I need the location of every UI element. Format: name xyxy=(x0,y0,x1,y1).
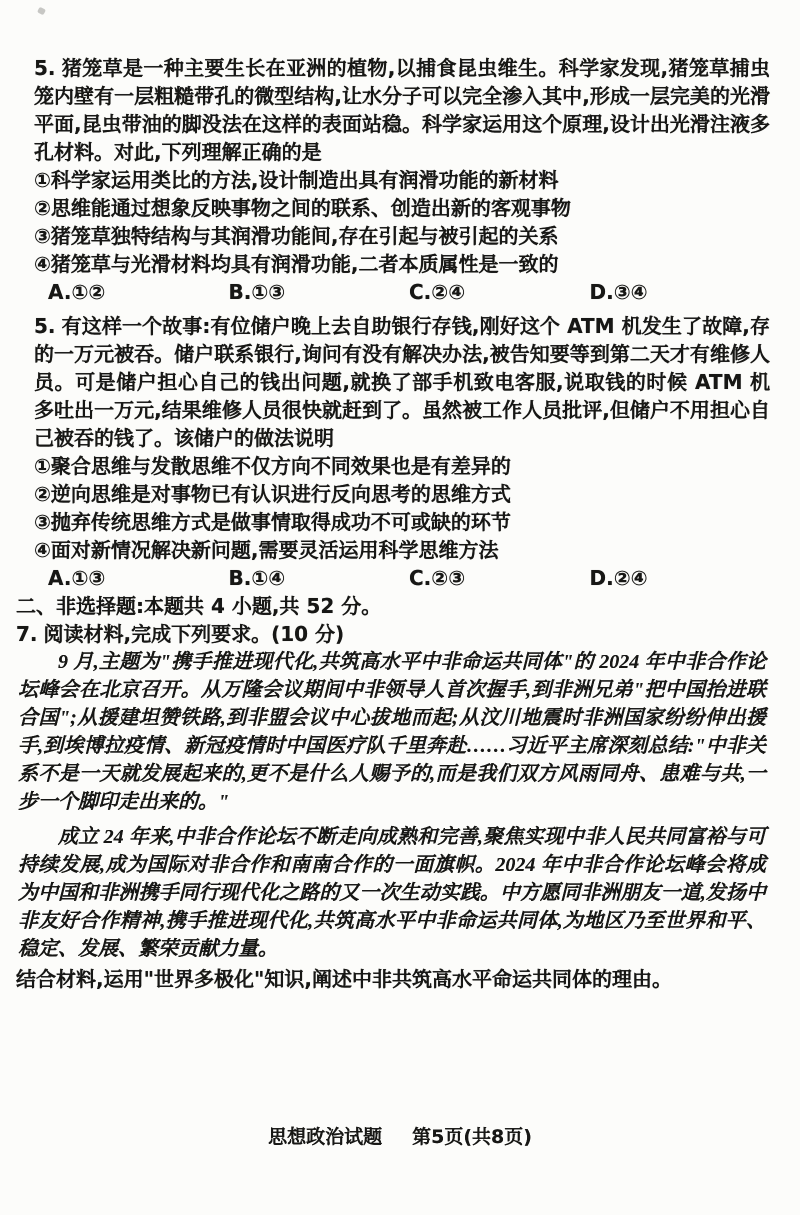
question-17: 7.阅读材料,完成下列要求。(10 分) 9 月,主题为"携手推进现代化,共筑高… xyxy=(0,620,800,993)
question-stem: 5.有这样一个故事:有位储户晚上去自助银行存钱,刚好这个 ATM 机发生了故障,… xyxy=(34,312,770,452)
task-instruction: 结合材料,运用"世界多极化"知识,阐述中非共筑高水平命运共同体的理由。 xyxy=(16,965,770,993)
choice-item: ④面对新情况解决新问题,需要灵活运用科学思维方法 xyxy=(34,536,770,564)
page-footer: 思想政治试题 第5页(共8页) xyxy=(0,1122,800,1149)
page-content: 5.猪笼草是一种主要生长在亚洲的植物,以捕食昆虫维生。科学家发现,猪笼草捕虫笼内… xyxy=(0,54,800,993)
question-number: 5. xyxy=(34,314,62,338)
footer-paper-title: 思想政治试题 xyxy=(268,1122,382,1149)
question-intro: 7.阅读材料,完成下列要求。(10 分) xyxy=(16,620,770,648)
choice-item: ②逆向思维是对事物已有认识进行反向思考的思维方式 xyxy=(34,480,770,508)
footer-page-number: 第5页(共8页) xyxy=(412,1122,532,1149)
question-stem: 5.猪笼草是一种主要生长在亚洲的植物,以捕食昆虫维生。科学家发现,猪笼草捕虫笼内… xyxy=(34,54,770,166)
option: B.①③ xyxy=(229,278,410,306)
question-16: 5.有这样一个故事:有位储户晚上去自助银行存钱,刚好这个 ATM 机发生了故障,… xyxy=(0,312,800,592)
material-paragraph: 成立 24 年来,中非合作论坛不断走向成熟和完善,聚焦实现中非人民共同富裕与可持… xyxy=(18,823,766,963)
choice-item: ①科学家运用类比的方法,设计制造出具有润滑功能的新材料 xyxy=(34,166,770,194)
material-paragraphs: 9 月,主题为"携手推进现代化,共筑高水平中非命运共同体"的 2024 年中非合… xyxy=(0,648,800,963)
options-row: A.①③B.①④C.②③D.②④ xyxy=(34,564,770,592)
choice-item: ③抛弃传统思维方式是做事情取得成功不可或缺的环节 xyxy=(34,508,770,536)
choice-item: ③猪笼草独特结构与其润滑功能间,存在引起与被引起的关系 xyxy=(34,222,770,250)
scan-speck xyxy=(37,7,46,16)
option: B.①④ xyxy=(229,564,410,592)
section-heading: 二、非选择题:本题共 4 小题,共 52 分。 xyxy=(16,592,770,620)
option: D.②④ xyxy=(590,564,771,592)
option: A.①② xyxy=(48,278,229,306)
section-2: 二、非选择题:本题共 4 小题,共 52 分。 xyxy=(0,592,800,620)
choice-item-list: ①聚合思维与发散思维不仅方向不同效果也是有差异的②逆向思维是对事物已有认识进行反… xyxy=(0,452,800,564)
question-intro-text: 阅读材料,完成下列要求。(10 分) xyxy=(44,622,345,646)
scanned-exam-page: 5.猪笼草是一种主要生长在亚洲的植物,以捕食昆虫维生。科学家发现,猪笼草捕虫笼内… xyxy=(0,0,800,1215)
option: D.③④ xyxy=(590,278,771,306)
material-paragraph: 9 月,主题为"携手推进现代化,共筑高水平中非命运共同体"的 2024 年中非合… xyxy=(18,648,766,816)
choice-item-list: ①科学家运用类比的方法,设计制造出具有润滑功能的新材料②思维能通过想象反映事物之… xyxy=(0,166,800,278)
question-text: 猪笼草是一种主要生长在亚洲的植物,以捕食昆虫维生。科学家发现,猪笼草捕虫笼内壁有… xyxy=(34,56,770,164)
option: C.②④ xyxy=(409,278,590,306)
choice-item: ①聚合思维与发散思维不仅方向不同效果也是有差异的 xyxy=(34,452,770,480)
question-number: 7. xyxy=(16,622,44,646)
choice-item: ④猪笼草与光滑材料均具有润滑功能,二者本质属性是一致的 xyxy=(34,250,770,278)
question-text: 有这样一个故事:有位储户晚上去自助银行存钱,刚好这个 ATM 机发生了故障,存的… xyxy=(34,314,770,450)
choice-item: ②思维能通过想象反映事物之间的联系、创造出新的客观事物 xyxy=(34,194,770,222)
question-15: 5.猪笼草是一种主要生长在亚洲的植物,以捕食昆虫维生。科学家发现,猪笼草捕虫笼内… xyxy=(0,54,800,306)
options-row: A.①②B.①③C.②④D.③④ xyxy=(34,278,770,306)
question-number: 5. xyxy=(34,56,62,80)
option: C.②③ xyxy=(409,564,590,592)
option: A.①③ xyxy=(48,564,229,592)
